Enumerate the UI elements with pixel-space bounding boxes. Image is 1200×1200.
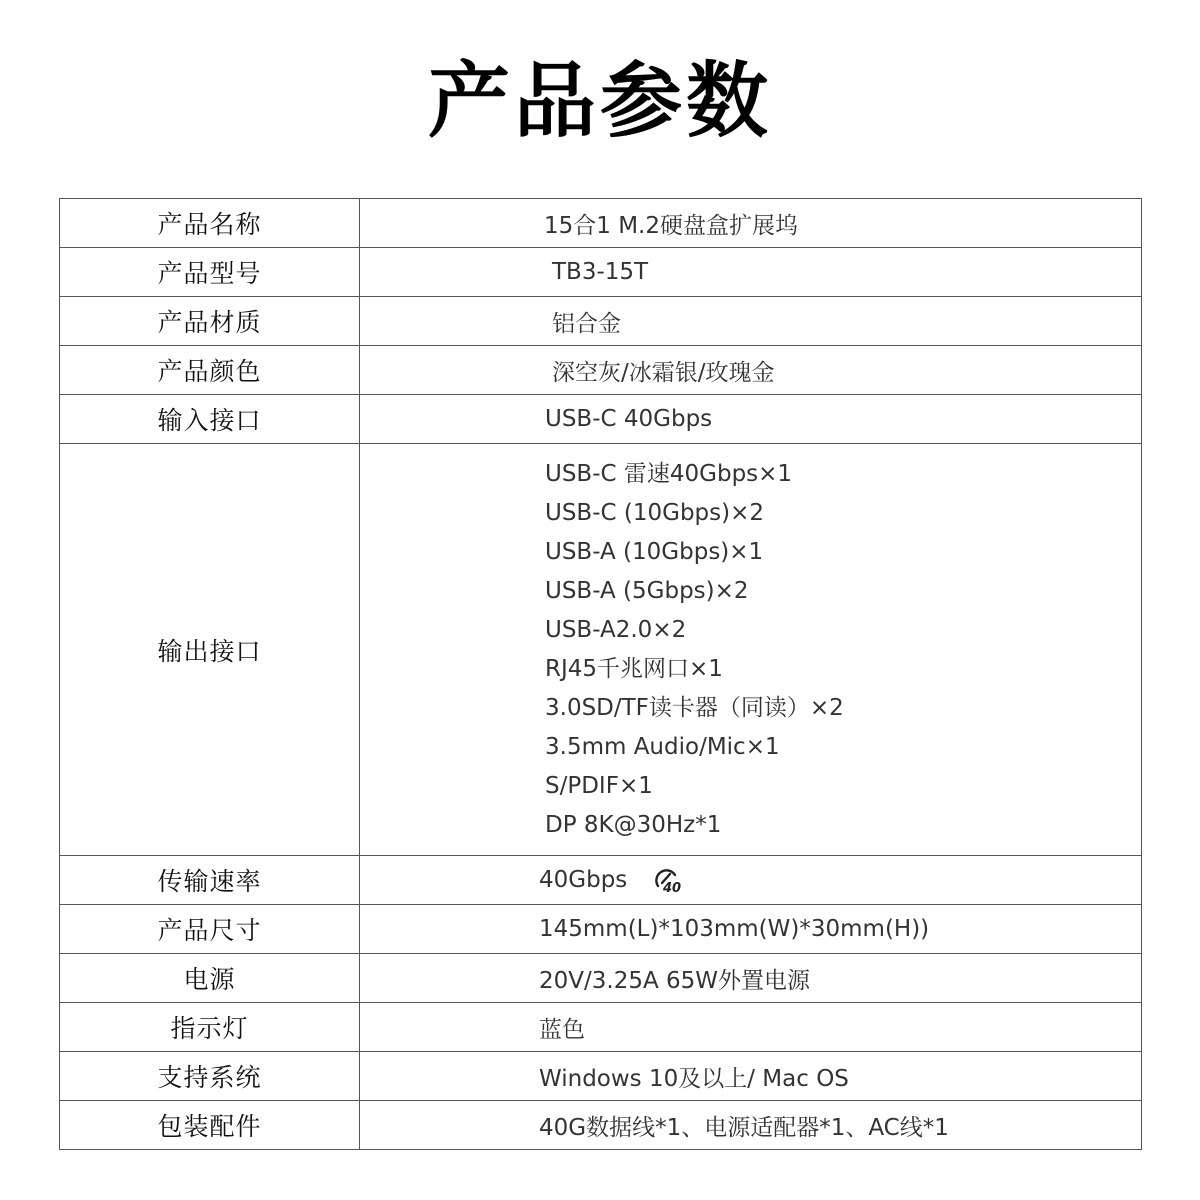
spec-label: 产品颜色 bbox=[60, 346, 360, 395]
spec-label: 传输速率 bbox=[60, 856, 360, 905]
spec-row-model: 产品型号 TB3-15T bbox=[60, 248, 1142, 297]
spec-row-indicator: 指示灯 蓝色 bbox=[60, 1003, 1142, 1052]
spec-label: 支持系统 bbox=[60, 1052, 360, 1101]
speed-40-icon: 40 bbox=[653, 866, 683, 894]
spec-value-cell: 40Gbps 40 bbox=[360, 856, 1142, 905]
spec-value: 20V/3.25A 65W外置电源 bbox=[360, 954, 1142, 1003]
spec-row-os-support: 支持系统 Windows 10及以上/ Mac OS bbox=[60, 1052, 1142, 1101]
spec-label: 电源 bbox=[60, 954, 360, 1003]
spec-value: 40Gbps bbox=[539, 867, 627, 893]
spec-row-input-port: 输入接口 USB-C 40Gbps bbox=[60, 395, 1142, 444]
spec-value: 蓝色 bbox=[360, 1003, 1142, 1052]
spec-table: 产品名称 15合1 M.2硬盘盒扩展坞 产品型号 TB3-15T 产品材质 铝合… bbox=[59, 198, 1142, 1150]
spec-value: 15合1 M.2硬盘盒扩展坞 bbox=[360, 199, 1142, 248]
spec-value: 145mm(L)*103mm(W)*30mm(H)) bbox=[360, 905, 1142, 954]
port-item: S/PDIF×1 bbox=[545, 767, 1141, 806]
spec-label: 指示灯 bbox=[60, 1003, 360, 1052]
port-item: USB-C 雷速40Gbps×1 bbox=[545, 455, 1141, 494]
spec-value: 铝合金 bbox=[360, 297, 1142, 346]
spec-label: 产品型号 bbox=[60, 248, 360, 297]
spec-value: TB3-15T bbox=[360, 248, 1142, 297]
spec-label: 输入接口 bbox=[60, 395, 360, 444]
spec-label: 产品材质 bbox=[60, 297, 360, 346]
port-item: 3.5mm Audio/Mic×1 bbox=[545, 728, 1141, 767]
spec-row-power: 电源 20V/3.25A 65W外置电源 bbox=[60, 954, 1142, 1003]
spec-row-output-ports: 输出接口 USB-C 雷速40Gbps×1 USB-C (10Gbps)×2 U… bbox=[60, 444, 1142, 856]
spec-label: 产品尺寸 bbox=[60, 905, 360, 954]
spec-value: 40G数据线*1、电源适配器*1、AC线*1 bbox=[360, 1101, 1142, 1150]
port-item: USB-A (10Gbps)×1 bbox=[545, 533, 1141, 572]
spec-label: 包装配件 bbox=[60, 1101, 360, 1150]
port-item: USB-C (10Gbps)×2 bbox=[545, 494, 1141, 533]
port-item: RJ45千兆网口×1 bbox=[545, 650, 1141, 689]
spec-row-package: 包装配件 40G数据线*1、电源适配器*1、AC线*1 bbox=[60, 1101, 1142, 1150]
port-item: DP 8K@30Hz*1 bbox=[545, 806, 1141, 845]
spec-value-list: USB-C 雷速40Gbps×1 USB-C (10Gbps)×2 USB-A … bbox=[360, 444, 1142, 856]
port-item: USB-A (5Gbps)×2 bbox=[545, 572, 1141, 611]
spec-label: 输出接口 bbox=[60, 444, 360, 856]
spec-row-color: 产品颜色 深空灰/冰霜银/玫瑰金 bbox=[60, 346, 1142, 395]
spec-value: 深空灰/冰霜银/玫瑰金 bbox=[360, 346, 1142, 395]
spec-row-product-name: 产品名称 15合1 M.2硬盘盒扩展坞 bbox=[60, 199, 1142, 248]
spec-row-transfer-rate: 传输速率 40Gbps 40 bbox=[60, 856, 1142, 905]
svg-text:40: 40 bbox=[662, 881, 681, 894]
port-item: USB-A2.0×2 bbox=[545, 611, 1141, 650]
page-title: 产品参数 bbox=[0, 52, 1200, 152]
spec-row-material: 产品材质 铝合金 bbox=[60, 297, 1142, 346]
spec-value: USB-C 40Gbps bbox=[360, 395, 1142, 444]
spec-value: Windows 10及以上/ Mac OS bbox=[360, 1052, 1142, 1101]
spec-row-dimensions: 产品尺寸 145mm(L)*103mm(W)*30mm(H)) bbox=[60, 905, 1142, 954]
port-item: 3.0SD/TF读卡器（同读）×2 bbox=[545, 689, 1141, 728]
spec-label: 产品名称 bbox=[60, 199, 360, 248]
